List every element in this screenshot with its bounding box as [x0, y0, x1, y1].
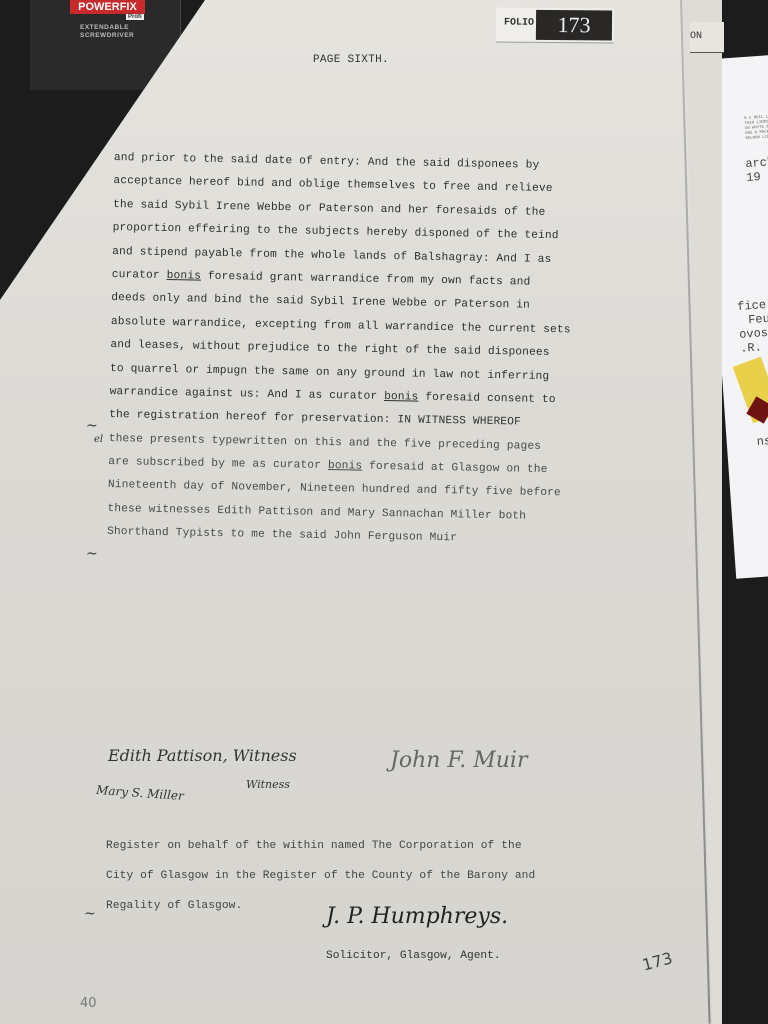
granter-signature: John F. Muir [390, 748, 527, 773]
right-doc-fragment: .R. [740, 340, 763, 355]
witness-2-label: Witness [246, 778, 290, 791]
margin-tick-mark: ~ [86, 546, 98, 562]
agent-signature: J. P. Humphreys. [326, 904, 508, 929]
witness-1-signature: Edith Pattison, Witness [108, 746, 297, 765]
right-tab-text: ON [690, 31, 702, 42]
agent-designation: Solicitor, Glasgow, Agent. [326, 950, 501, 962]
pencil-margin-note: 40 [80, 996, 97, 1011]
folio-number: 173 [536, 10, 612, 41]
margin-initials: el [94, 434, 103, 445]
product-brand: POWERFIX [70, 0, 145, 14]
right-doc-header: N C NEIL LLB TAIN LINDSAY L AN WHYTE BL … [744, 115, 768, 142]
right-doc-fragment: ovost [739, 325, 768, 341]
right-doc-fragment: Feu [748, 312, 768, 327]
register-line: City of Glasgow in the Register of the C… [106, 870, 626, 900]
right-doc-fragment: ns. [756, 433, 768, 448]
page-heading: PAGE SIXTH. [313, 54, 389, 66]
product-sub-brand: Profi [126, 14, 144, 20]
deed-body-text: and prior to the said date of entry: And… [107, 152, 614, 559]
underlined-term: bonis [328, 460, 363, 473]
margin-tick-mark: ~ [86, 418, 98, 434]
underlined-term: bonis [167, 270, 202, 283]
folio-stamp: FOLIO 173 [496, 7, 614, 43]
register-line: Register on behalf of the within named T… [106, 840, 626, 870]
folio-label: FOLIO [504, 18, 534, 29]
margin-tick-mark: ~ [84, 906, 96, 922]
right-doc-date: arch 19 [745, 154, 768, 185]
underlined-term: bonis [384, 391, 419, 404]
product-description: EXTENDABLE SCREWDRIVER [80, 24, 160, 40]
right-tab: ON [690, 22, 724, 53]
